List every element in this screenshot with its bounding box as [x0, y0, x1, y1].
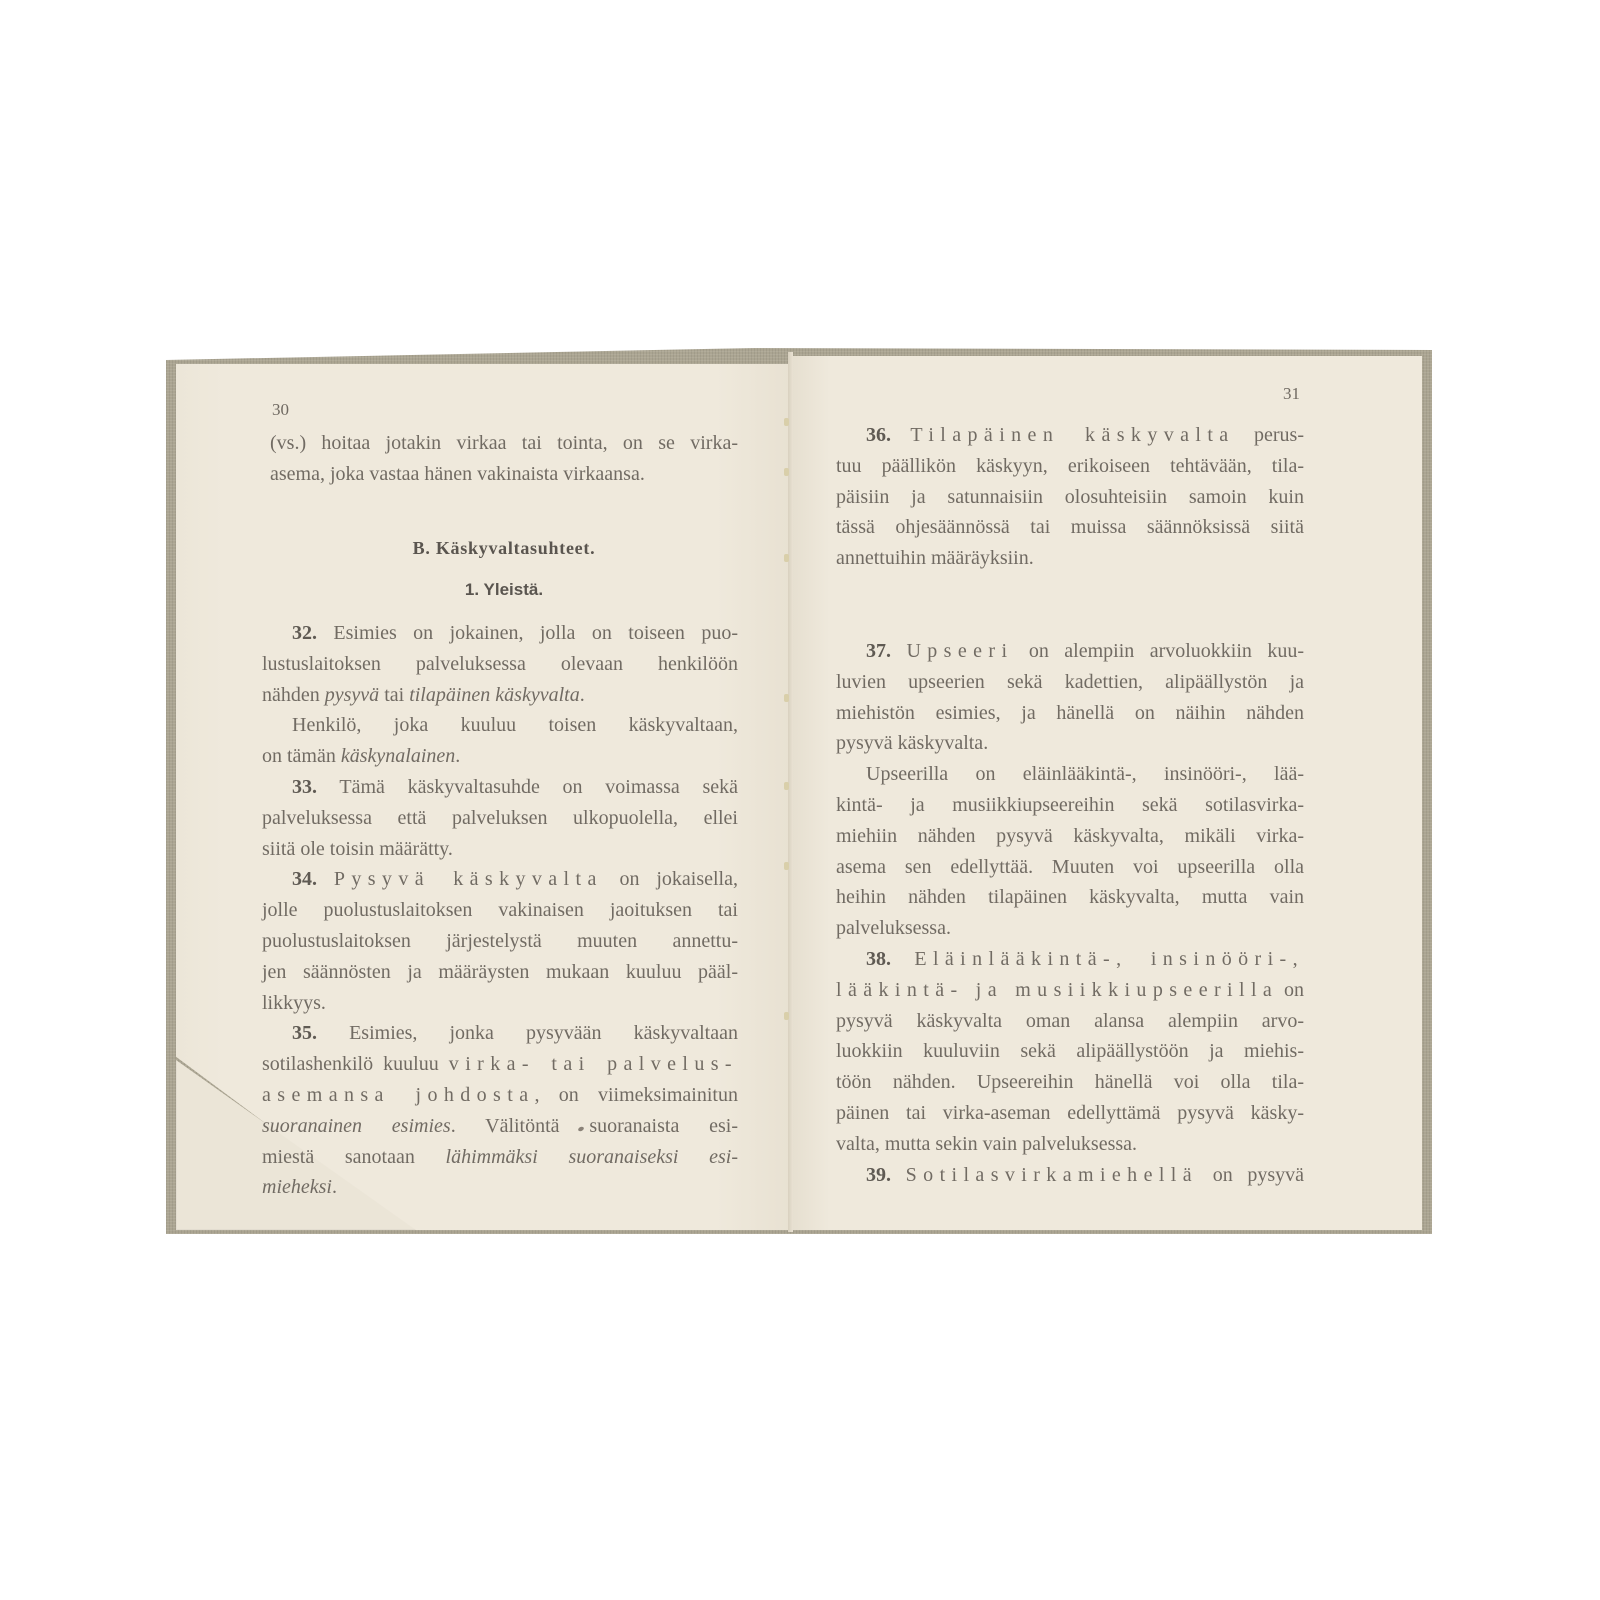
text-span: . [455, 745, 460, 767]
paragraph-number: 33. [292, 776, 317, 798]
text-line: likkyys. [262, 988, 738, 1019]
text-span: on pysyvä [1198, 1164, 1304, 1186]
paragraph-number: 34. [292, 868, 317, 890]
text-span: perus- [1235, 424, 1304, 446]
paragraph-number: 32. [292, 622, 317, 644]
text-line: pysyvä käskyvalta. [836, 728, 1304, 759]
text-span: miestä sanotaan [262, 1146, 446, 1168]
paragraph-number: 35. [292, 1022, 317, 1044]
text-line: jolle puolustuslaitoksen vakinaisen jaoi… [262, 895, 738, 926]
text-line: tuu päällikön käskyyn, erikoiseen tehtäv… [836, 451, 1304, 482]
text-line: nähden pysyvä tai tilapäinen käskyvalta. [262, 680, 738, 711]
binding-stitch [784, 418, 789, 426]
left-intro-text: (vs.) hoitaa jotakin virkaa tai tointa, … [270, 428, 738, 490]
paragraph-number: 39. [866, 1164, 891, 1186]
paragraph-34-line: 34. Pysyvä käskyvalta on jokaisella, [262, 864, 738, 895]
section-heading: B. Käskyvaltasuhteet. [270, 538, 738, 559]
binding-stitch [784, 1012, 789, 1020]
text-line: töön nähden. Upseereihin hänellä voi oll… [836, 1067, 1304, 1098]
text-line: lustuslaitoksen palveluksessa olevaan he… [262, 649, 738, 680]
page-number-right: 31 [1283, 384, 1300, 404]
italic-term: tilapäinen käskyvalta [409, 684, 580, 706]
right-body-text: 37. Upseeri on alempiin arvoluokkiin kuu… [836, 636, 1304, 1190]
spaced-term: Tilapäinen käskyvalta [910, 424, 1234, 446]
paragraph-36-line: 36. Tilapäinen käskyvalta perus- [836, 420, 1304, 451]
text-line: miehistön esimies, ja hänellä on näihin … [836, 698, 1304, 729]
italic-term: lähimmäksi suoranaiseksi esi- [446, 1146, 738, 1168]
text-line: palveluksessa. [836, 913, 1304, 944]
text-span: on jokaisella, [603, 868, 738, 890]
paragraph-32-line: 32. Esimies on jokainen, jolla on toisee… [262, 618, 738, 649]
binding-stitch [784, 862, 789, 870]
text-line: päinen tai virka-aseman edellyttämä pysy… [836, 1098, 1304, 1129]
spaced-term: Eläinlääkintä-, [914, 948, 1127, 970]
text-line: sotilashenkilö kuuluu virka- tai palvelu… [262, 1049, 738, 1080]
binding-stitch [784, 782, 789, 790]
paragraph-39-line: 39. Sotilasvirkamiehellä on pysyvä [836, 1160, 1304, 1191]
text-line: siitä ole toisin määrätty. [262, 834, 738, 865]
page-number-left: 30 [272, 400, 289, 420]
text-line: asema sen edellyttää. Muuten voi upseeri… [836, 852, 1304, 883]
text-span: . [580, 684, 585, 706]
text-line: tässä ohjesäännössä tai muissa säännöksi… [836, 512, 1304, 543]
text-span: . [332, 1176, 337, 1198]
binding-stitch [784, 468, 789, 476]
italic-term: mieheksi [262, 1176, 332, 1198]
text-line: päisiin ja satunnaisiin olosuhteisiin sa… [836, 482, 1304, 513]
text-line: mieheksi. [262, 1172, 738, 1203]
text-line: (vs.) hoitaa jotakin virkaa tai tointa, … [270, 428, 738, 459]
italic-term: suoranainen esimies [262, 1115, 451, 1137]
text-line: jen säännösten ja määräysten mukaan kuul… [262, 957, 738, 988]
spaced-term: Sotilasvirkamiehellä [906, 1164, 1198, 1186]
paragraph-37-line: 37. Upseeri on alempiin arvoluokkiin kuu… [836, 636, 1304, 667]
text-span: , on viimeksimainitun [534, 1084, 738, 1106]
text-line: suoranainen esimies. Välitöntä suoranais… [262, 1111, 738, 1142]
text-line: luvien upseerien sekä kadettien, alipääl… [836, 667, 1304, 698]
italic-term: pysyvä [325, 684, 379, 706]
text-line: miehiin nähden pysyvä käskyvalta, mikäli… [836, 821, 1304, 852]
book-photo: 30 (vs.) hoitaa jotakin virkaa tai toint… [0, 0, 1600, 1600]
right-body-text-top: 36. Tilapäinen käskyvalta perus- tuu pää… [836, 420, 1304, 574]
text-line: on tämän käskynalainen. [262, 741, 738, 772]
text-line: asemansa johdosta, on viimeksimainitun [262, 1080, 738, 1111]
text-span: on tämän [262, 745, 341, 767]
paragraph-35-line: 35. Esimies, jonka pysyvään käskyvaltaan [262, 1018, 738, 1049]
text-line: miestä sanotaan lähimmäksi suoranaiseksi… [262, 1142, 738, 1173]
spaced-term: lääkintä- ja musiikkiupseerilla [836, 979, 1278, 1001]
text-span: Tämä käskyvaltasuhde on voimassa sekä [339, 776, 738, 798]
text-line: pysyvä käskyvalta oman alansa alempiin a… [836, 1006, 1304, 1037]
text-line: puolustuslaitoksen järjestelystä muuten … [262, 926, 738, 957]
text-line: Upseerilla on eläinlääkintä-, insinööri-… [836, 759, 1304, 790]
text-line: valta, mutta sekin vain palveluksessa. [836, 1129, 1304, 1160]
text-line: annettuihin määräyksiin. [836, 543, 1304, 574]
italic-term: käskynalainen [341, 745, 455, 767]
left-body-text: 32. Esimies on jokainen, jolla on toisee… [262, 618, 738, 1203]
text-line: kintä- ja musiikkiupseereihin sekä sotil… [836, 790, 1304, 821]
text-line: heihin nähden tilapäinen käskyvalta, mut… [836, 882, 1304, 913]
spaced-term: Pysyvä käskyvalta [334, 868, 603, 890]
spaced-term: asemansa johdosta [262, 1084, 534, 1106]
binding-stitch [784, 554, 789, 562]
paragraph-number: 38. [866, 948, 891, 970]
book-gutter [788, 352, 793, 1232]
paragraph-number: 36. [866, 424, 891, 446]
text-span: Esimies, jonka pysyvään käskyvaltaan [349, 1022, 738, 1044]
paragraph-33-line: 33. Tämä käskyvaltasuhde on voimassa sek… [262, 772, 738, 803]
text-span: on alempiin arvoluokkiin kuu- [1013, 640, 1304, 662]
text-span: tai [379, 684, 409, 706]
spaced-term: virka- tai palvelus- [449, 1053, 738, 1075]
text-span: sotilashenkilö kuuluu [262, 1053, 449, 1075]
text-line: asema, joka vastaa hänen vakinaista virk… [270, 459, 738, 490]
text-span: . Välitöntä suoranaista esi- [451, 1115, 738, 1137]
spaced-term: insinööri-, [1151, 948, 1304, 970]
text-line: luokkiin kuuluviin sekä alipäällystöön j… [836, 1036, 1304, 1067]
text-line: lääkintä- ja musiikkiupseerilla on [836, 975, 1304, 1006]
text-span: on [1278, 979, 1304, 1001]
paragraph-number: 37. [866, 640, 891, 662]
text-line: Henkilö, joka kuuluu toisen käskyvaltaan… [262, 710, 738, 741]
text-span: nähden [262, 684, 325, 706]
binding-stitch [784, 694, 789, 702]
subsection-heading: 1. Yleistä. [270, 580, 738, 600]
text-span: Esimies on jokainen, jolla on toiseen pu… [333, 622, 738, 644]
spaced-term: Upseeri [906, 640, 1013, 662]
text-line: palveluksessa että palveluksen ulkopuole… [262, 803, 738, 834]
paragraph-38-line: 38. Eläinlääkintä-, insinööri-, [836, 944, 1304, 975]
